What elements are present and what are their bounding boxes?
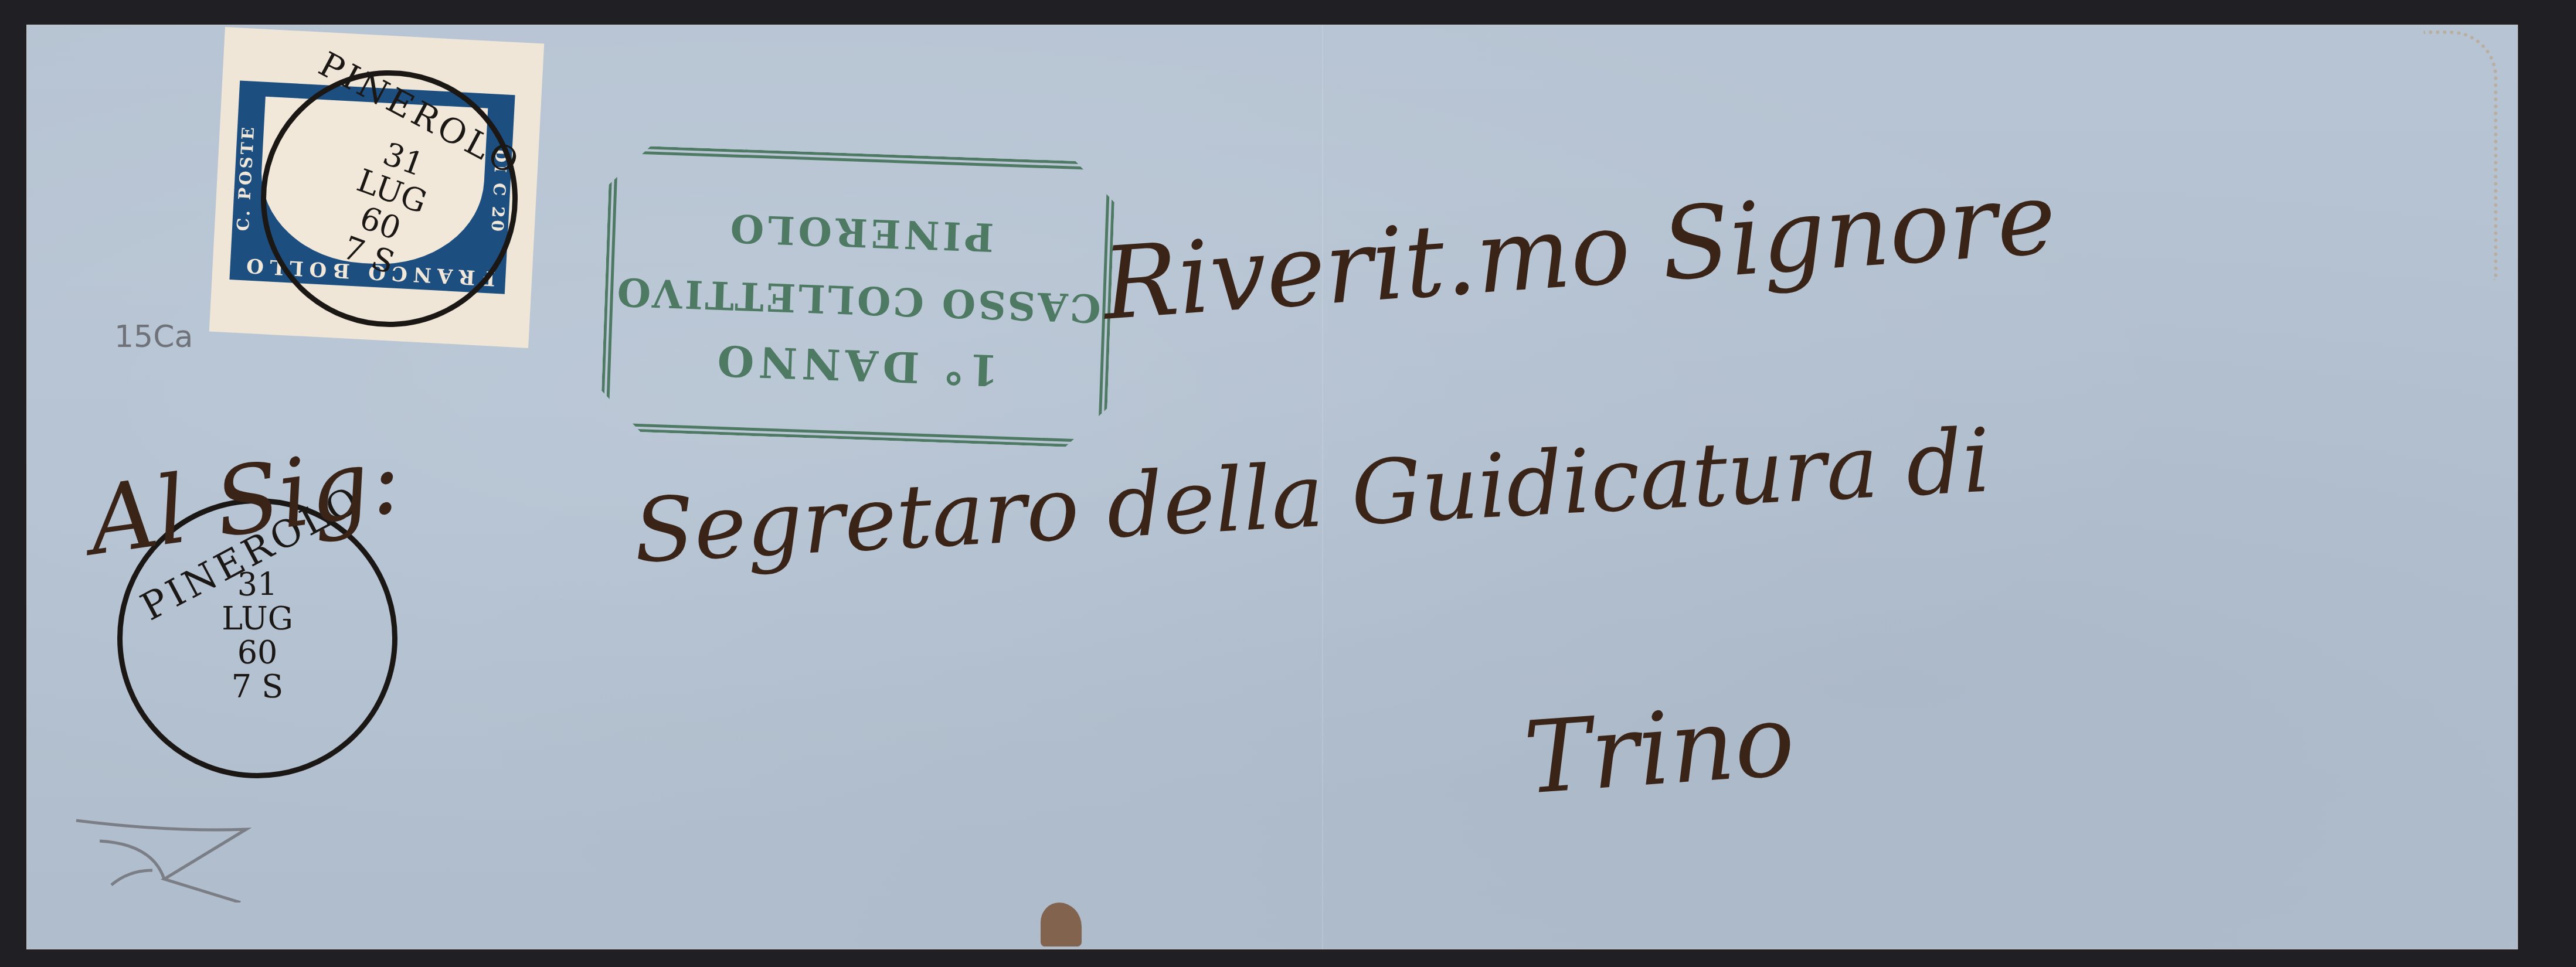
- cancel-line-3: PINEROLO: [615, 202, 1106, 264]
- boxed-cancellation: 1° DANNO CASSO COLLETTIVO PINEROLO: [600, 145, 1116, 448]
- address-destination: Trino: [1521, 682, 1799, 817]
- cancel-line-1: 1° DANNO: [610, 332, 1101, 399]
- expert-signature-icon: [64, 815, 287, 903]
- foxing-stain: [2424, 30, 2497, 280]
- cancel-line-2: CASSO COLLETTIVO: [613, 268, 1103, 331]
- pencil-catalogue-number: 15Ca: [114, 319, 193, 355]
- postmark-month: LUG: [123, 602, 392, 636]
- postmark-time: 7 S: [123, 670, 392, 704]
- postmark-year: 60: [123, 636, 392, 670]
- postmark-day: 31: [123, 568, 392, 602]
